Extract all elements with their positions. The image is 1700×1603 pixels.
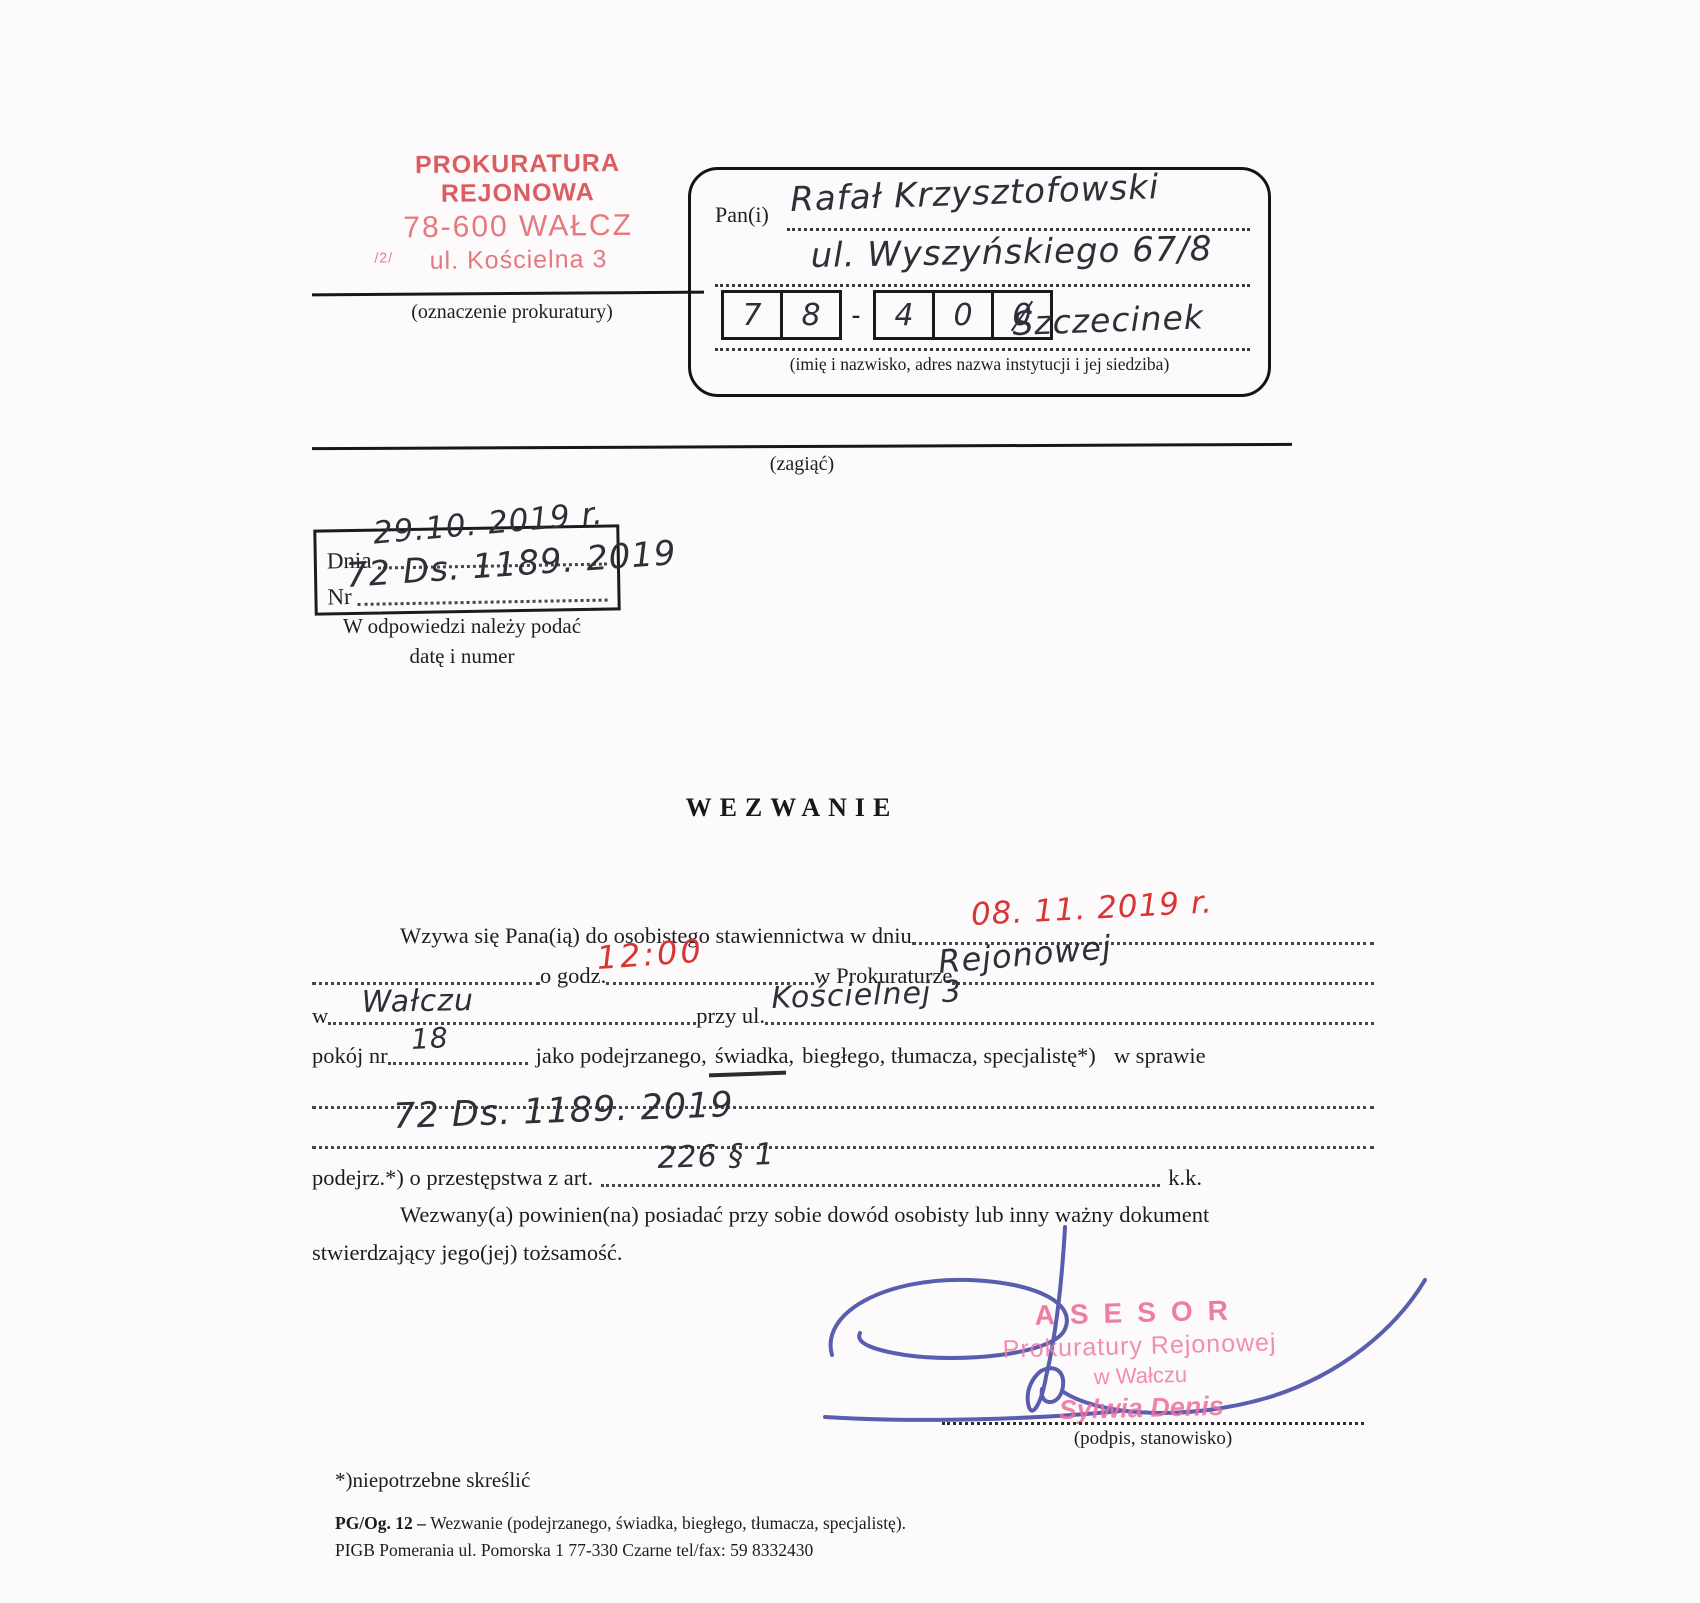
line3-dots-b bbox=[765, 1022, 1374, 1025]
line7-dots bbox=[601, 1184, 1160, 1187]
fold-label: (zagiąć) bbox=[312, 453, 1292, 476]
footer-form-code: PG/Og. 12 – bbox=[335, 1513, 430, 1533]
room-number-handwriting: 18 bbox=[410, 1021, 449, 1056]
document-title: WEZWANIE bbox=[312, 793, 1272, 823]
scanned-summons-document: PROKURATURA REJONOWA 78-600 WAŁCZ /2/ ul… bbox=[0, 0, 1700, 1603]
fold-rule bbox=[312, 443, 1292, 450]
postal-digit-1: 7 bbox=[721, 290, 783, 340]
street-handwriting: Kościelnej 3 bbox=[771, 974, 963, 1016]
body-line-7: podejrz.*) o przestępstwa z art. k.k. bbox=[312, 1155, 1374, 1191]
line4-dots bbox=[388, 1062, 528, 1065]
footer-form-desc: Wezwanie (podejrzanego, świadka, biegłeg… bbox=[430, 1513, 906, 1533]
article-handwriting: 226 § 1 bbox=[657, 1137, 776, 1176]
prosecutor-designation-label: (oznaczenie prokuratury) bbox=[352, 301, 672, 324]
addressee-street-line bbox=[715, 284, 1250, 287]
addressee-box: Pan(i) Rafał Krzysztofowski ul. Wyszyńsk… bbox=[688, 167, 1271, 397]
addressee-street-handwriting: ul. Wyszyńskiego 67/8 bbox=[810, 229, 1213, 276]
addressee-city-handwriting: Szczecinek bbox=[1012, 297, 1205, 343]
postal-dash: - bbox=[839, 300, 873, 330]
footer-printer-address: PIGB Pomerania ul. Pomorska 1 77-330 Cza… bbox=[335, 1540, 813, 1561]
postal-digit-4: 0 bbox=[932, 290, 994, 340]
addressee-pan-label: Pan(i) bbox=[715, 202, 769, 228]
line4-pokoj-label: pokój nr bbox=[312, 1044, 388, 1069]
line3-przy-label: przy ul. bbox=[696, 1004, 765, 1029]
stamp-street: /2/ ul. Kościelna 3 bbox=[368, 244, 668, 276]
line4-swiadka-underlined: świadka, bbox=[707, 1044, 794, 1069]
line3-dots-a bbox=[328, 1022, 696, 1025]
city-handwriting: Wałczu bbox=[361, 983, 474, 1020]
postal-digit-3: 4 bbox=[873, 290, 935, 340]
addressee-bottom-line bbox=[715, 348, 1250, 351]
prosecutor-office-stamp: PROKURATURA REJONOWA 78-600 WAŁCZ /2/ ul… bbox=[367, 148, 668, 276]
nr-dotted-line bbox=[358, 599, 608, 606]
line7-kk-label: k.k. bbox=[1168, 1166, 1202, 1191]
line9-text: stwierdzający jego(jej) tożsamość. bbox=[312, 1241, 623, 1266]
reference-note-line1: W odpowiedzi należy podać bbox=[312, 614, 612, 639]
stamp-office-name: PROKURATURA REJONOWA bbox=[367, 148, 668, 209]
line6-dots bbox=[312, 1146, 1374, 1149]
summons-time-handwriting: 12:00 bbox=[595, 932, 705, 977]
stamp-postal-city: 78-600 WAŁCZ bbox=[368, 208, 668, 245]
stamp-side-mark: /2/ bbox=[374, 249, 393, 265]
line4-part1: jako podejrzanego, bbox=[528, 1044, 707, 1069]
reference-box: Dnia Nr 29.10. 2019 r. 72 Ds. 1189. 2019 bbox=[313, 524, 620, 615]
addressee-name-handwriting: Rafał Krzysztofowski bbox=[790, 167, 1160, 220]
body-line-8: Wezwany(a) powinien(na) posiadać przy so… bbox=[312, 1192, 1374, 1228]
line4-part3: w sprawie bbox=[1096, 1044, 1206, 1069]
stamp-street-text: ul. Kościelna 3 bbox=[430, 245, 608, 275]
line2-dots-c bbox=[952, 982, 1374, 985]
footer-form-line: PG/Og. 12 – Wezwanie (podejrzanego, świa… bbox=[335, 1513, 906, 1534]
line2-godz-label: o godz. bbox=[540, 964, 606, 989]
postal-code-boxes: 7 8 - 4 0 0 bbox=[721, 290, 1050, 340]
body-line-1: Wzywa się Pana(ią) do osobistego stawien… bbox=[312, 913, 1374, 949]
postal-digit-2: 8 bbox=[780, 290, 842, 340]
reference-note-line2: datę i numer bbox=[312, 644, 612, 669]
footnote: *)niepotrzebne skreślić bbox=[335, 1468, 530, 1493]
line7-text: podejrz.*) o przestępstwa z art. bbox=[312, 1166, 593, 1191]
signature-dotted-line bbox=[942, 1404, 1364, 1425]
prosecutor-designation-rule bbox=[312, 291, 704, 297]
line4-part2: biegłego, tłumacza, specjalistę*) bbox=[794, 1044, 1096, 1069]
body-line-4: pokój nr jako podejrzanego, świadka, bie… bbox=[312, 1033, 1374, 1069]
line3-w-label: w bbox=[312, 1004, 328, 1029]
addressee-caption: (imię i nazwisko, adres nazwa instytucji… bbox=[691, 354, 1268, 375]
signature-caption: (podpis, stanowisko) bbox=[942, 1428, 1364, 1450]
